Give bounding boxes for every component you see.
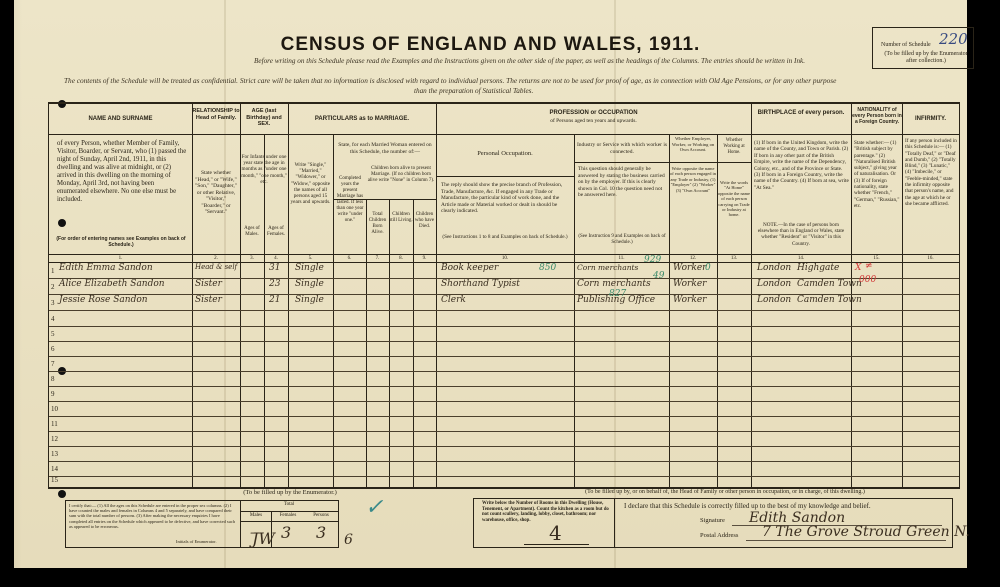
females-label: Females: [272, 513, 304, 518]
header-industry: Industry or Service with which worker is…: [576, 142, 668, 155]
occupation-cell: Clerk: [441, 295, 466, 305]
header-children-living: Children still Living.: [389, 212, 413, 224]
birth-town-cell: Camden Town: [797, 279, 862, 289]
name-cell: Edith Emma Sandon: [59, 263, 153, 273]
table-row: 1 Edith Emma Sandon Head & self 31 Singl…: [49, 263, 959, 279]
row-number: 5: [51, 330, 55, 338]
header-age-females: Ages of Females.: [264, 226, 288, 238]
header-birthplace-note: NOTE.—In the case of persons born elsewh…: [753, 222, 849, 247]
employment-status-cell: Worker: [673, 279, 706, 289]
header-name-instructions: of every Person, whether Member of Famil…: [57, 140, 187, 204]
header-marriage-state: State, for each Married Woman entered on…: [335, 142, 435, 155]
row-number: 10: [51, 405, 58, 413]
age-female-cell: 23: [269, 279, 280, 289]
persons-label: Persons: [304, 513, 338, 518]
row-number: 9: [51, 390, 55, 398]
table-row: 15: [49, 472, 959, 487]
column-number: 12.: [669, 256, 717, 261]
row-number: 4: [51, 315, 55, 323]
column-number: 15.: [851, 256, 902, 261]
rooms-count: 4: [549, 521, 562, 545]
column-number: 8.: [389, 256, 413, 261]
nationality-code: 000: [859, 275, 876, 285]
header-children-died: Children who have Died.: [413, 212, 436, 230]
punch-hole: [58, 490, 66, 498]
header-age: AGE (last Birthday) and SEX.: [240, 108, 288, 128]
birth-county-cell: London: [757, 295, 791, 305]
householder-heading: (To be filled up by, or on behalf of, th…: [495, 489, 955, 495]
column-number: 4.: [264, 256, 288, 261]
table-row: 9: [49, 386, 959, 402]
row-number: 7: [51, 360, 55, 368]
header-personal-occupation-body: The reply should show the precise branch…: [441, 182, 571, 215]
row-number: 2: [51, 283, 55, 291]
industry-code: 827: [609, 289, 626, 299]
totals-label: Total: [240, 502, 338, 507]
row-number: 15: [51, 476, 58, 484]
column-number: 6.: [333, 256, 366, 261]
employment-status-cell: Worker: [673, 263, 706, 273]
header-marriage-status: Write "Single," "Married," "Widower," or…: [289, 162, 332, 205]
row-number: 3: [51, 299, 55, 307]
row-number: 6: [51, 345, 55, 353]
column-number: 5.: [288, 256, 333, 261]
birth-town-cell: Highgate: [797, 263, 839, 273]
relationship-cell: Head & self: [195, 263, 237, 271]
instruction-line-3: than the preparation of Statistical Tabl…: [414, 87, 533, 95]
postal-address-value: 7 The Grove Stroud Green N.: [762, 524, 970, 540]
marriage-cell: Single: [295, 279, 324, 289]
header-industry-note: (See Instruction 9 and Examples on back …: [576, 234, 668, 246]
header-name-surname: NAME AND SURNAME: [49, 116, 192, 124]
occupation-cell: Book keeper: [441, 263, 498, 273]
row-number: 1: [51, 267, 55, 275]
header-profession: PROFESSION or OCCUPATION: [436, 110, 751, 118]
header-children-born: Children born alive to present Marriage.…: [367, 166, 435, 184]
schedule-number-note: (To be filled up by the Enumerator after…: [881, 51, 971, 65]
row-number: 8: [51, 375, 55, 383]
birth-county-cell: London: [757, 279, 791, 289]
persons-total: 3: [316, 523, 326, 542]
document-title: CENSUS OF ENGLAND AND WALES, 1911.: [14, 34, 967, 56]
header-personal-occupation: Personal Occupation.: [436, 150, 574, 158]
header-working-home-body: Write the words "At Home" opposite the n…: [718, 180, 750, 218]
header-industry-body: This question should generally be answer…: [578, 166, 666, 199]
header-nationality: NATIONALITY of every Person born in a Fo…: [852, 107, 902, 125]
industry-cell: Corn merchants: [577, 279, 651, 289]
header-working-home: Whether Working at Home.: [718, 138, 750, 155]
marriage-cell: Single: [295, 263, 324, 273]
employment-status-cell: Worker: [673, 295, 706, 305]
header-infirmity-body: If any person included in this Schedule …: [905, 138, 957, 207]
header-employment-status: Whether Employer, Worker, or Working on …: [670, 136, 716, 153]
males-total: —: [250, 525, 264, 541]
column-number: 9.: [413, 256, 436, 261]
name-cell: Alice Elizabeth Sandon: [59, 279, 165, 289]
birth-town-cell: Camden Town: [797, 295, 862, 305]
header-infirmity: INFIRMITY.: [902, 116, 959, 124]
red-tally-mark: 6: [344, 532, 353, 548]
occupation-code: 850: [539, 263, 556, 273]
header-profession-sub: of Persons aged ten years and upwards.: [436, 118, 751, 126]
instruction-line-1: Before writing on this Schedule please r…: [254, 57, 805, 65]
header-marriage: PARTICULARS as to MARRIAGE.: [288, 116, 436, 124]
table-row: 8: [49, 371, 959, 387]
column-number: 1.: [49, 256, 192, 261]
schedule-number-value: 220: [939, 30, 968, 48]
column-number: 10.: [436, 256, 574, 261]
header-age-males: Ages of Males.: [240, 226, 264, 238]
industry-cell: Corn merchants: [577, 263, 638, 272]
column-number: 13.: [717, 256, 751, 261]
table-row: 7: [49, 356, 959, 372]
nationality-cell: X: [855, 263, 861, 273]
postal-address-label: Postal Address: [700, 532, 738, 539]
schedule-number-box: Number of Schedule 220 (To be filled up …: [872, 27, 974, 69]
table-row: 6: [49, 341, 959, 357]
nationality-strike-mark: ≠: [865, 261, 873, 271]
header-age-body: For Infants under one year state the age…: [241, 154, 287, 185]
employment-status-code: 0: [705, 263, 711, 273]
schedule-number-label: Number of Schedule: [881, 42, 931, 48]
table-row: 3 Jessie Rose Sandon Sister 21 Single Cl…: [49, 295, 959, 311]
table-row: 12: [49, 431, 959, 447]
industry-code: 929: [644, 255, 661, 265]
row-number: 13: [51, 450, 58, 458]
header-birthplace: BIRTHPLACE of every person.: [751, 110, 851, 118]
name-cell: Jessie Rose Sandon: [59, 295, 148, 305]
column-number: 3.: [240, 256, 264, 261]
age-female-cell: 21: [269, 295, 280, 305]
age-female-cell: 31: [269, 263, 280, 273]
header-children-total: Total Children Born Alive.: [366, 212, 389, 236]
occupation-cell: Shorthand Typist: [441, 279, 520, 289]
householder-box: Write below the Number of Rooms in this …: [473, 498, 953, 548]
header-relationship-body: State whether "Head," or "Wife," "Son," …: [194, 170, 238, 216]
header-years-married: Completed years the present Marriage has…: [334, 176, 366, 224]
enumerator-initials-label: Initials of Enumerator.: [176, 539, 217, 544]
green-check-mark: ✓: [365, 495, 383, 520]
header-nationality-body: State whether:— (1) "British subject by …: [854, 140, 901, 209]
relationship-cell: Sister: [195, 279, 222, 289]
instruction-line-2: The contents of the Schedule will be tre…: [64, 76, 836, 85]
females-total: 3: [281, 523, 291, 542]
table-row: 10: [49, 401, 959, 417]
declaration-text: I declare that this Schedule is correctl…: [624, 502, 871, 510]
rooms-instructions: Write below the Number of Rooms in this …: [482, 501, 612, 523]
column-number: 14.: [751, 256, 851, 261]
table-row: 4: [49, 311, 959, 327]
enumerator-heading: (To be filled up by the Enumerator.): [140, 489, 440, 496]
relationship-cell: Sister: [195, 295, 222, 305]
header-birthplace-body: (1) If born in the United Kingdom, write…: [754, 140, 849, 191]
table-row: 5: [49, 326, 959, 342]
table-row: 13: [49, 446, 959, 462]
column-number: 7.: [366, 256, 389, 261]
enumerator-box: I certify that:— (1) All the ages on thi…: [65, 500, 339, 548]
row-number: 12: [51, 435, 58, 443]
header-employment-status-body: Write opposite the name of each person e…: [670, 166, 716, 193]
census-table: NAME AND SURNAME of every Person, whethe…: [48, 102, 960, 489]
table-row: 11: [49, 416, 959, 432]
header-relationship: RELATIONSHIP to Head of Family.: [192, 108, 240, 121]
signature-label: Signature: [700, 517, 725, 524]
header-personal-occupation-note: (See Instructions 1 to 8 and Examples on…: [439, 234, 571, 240]
column-number: 2.: [192, 256, 240, 261]
industry-code: 49: [653, 271, 664, 281]
enumerator-certification: I certify that:— (1) All the ages on thi…: [69, 503, 239, 529]
table-row: 2 Alice Elizabeth Sandon Sister 23 Singl…: [49, 279, 959, 295]
row-number: 11: [51, 420, 58, 428]
marriage-cell: Single: [295, 295, 324, 305]
males-label: Males: [242, 513, 270, 518]
column-number: 16.: [902, 256, 959, 261]
header-name-note: (For order of entering names see Example…: [53, 236, 189, 248]
birth-county-cell: London: [757, 263, 791, 273]
